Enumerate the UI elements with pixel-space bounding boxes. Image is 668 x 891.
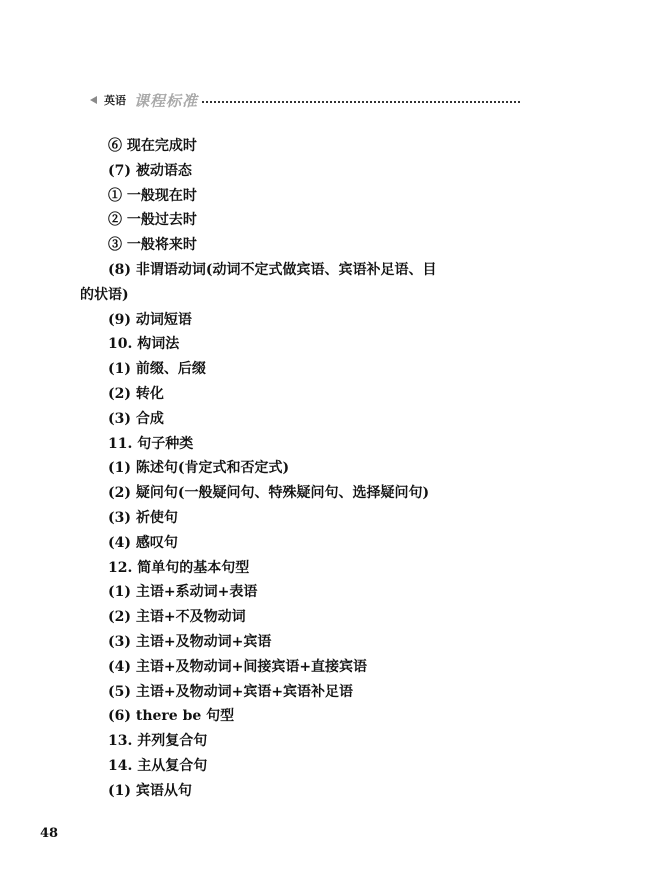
text-line: (4) 感叹句 — [80, 531, 500, 556]
text-line: ⑥ 现在完成时 — [80, 134, 500, 159]
text-line: (7) 被动语态 — [80, 159, 500, 184]
text-line: 13. 并列复合句 — [80, 729, 500, 754]
text-line: ② 一般过去时 — [80, 208, 500, 233]
text-line: 11. 句子种类 — [80, 432, 500, 457]
triangle-left-icon — [90, 96, 97, 104]
text-line: (1) 前缀、后缀 — [80, 357, 500, 382]
text-line: (5) 主语+及物动词+宾语+宾语补足语 — [80, 680, 500, 705]
text-line: (3) 合成 — [80, 407, 500, 432]
text-line: (2) 主语+不及物动词 — [80, 605, 500, 630]
header-dotted-rule — [202, 101, 520, 103]
text-line: 12. 简单句的基本句型 — [80, 556, 500, 581]
text-line: (9) 动词短语 — [80, 308, 500, 333]
text-line: ③ 一般将来时 — [80, 233, 500, 258]
text-line: 10. 构词法 — [80, 332, 500, 357]
header-title: 课程标准 — [134, 90, 198, 111]
text-line: (4) 主语+及物动词+间接宾语+直接宾语 — [80, 655, 500, 680]
page-body: ⑥ 现在完成时(7) 被动语态① 一般现在时② 一般过去时③ 一般将来时(8) … — [80, 134, 500, 804]
text-line: (2) 疑问句(一般疑问句、特殊疑问句、选择疑问句) — [80, 481, 500, 506]
text-line: 的状语) — [80, 283, 500, 308]
text-line: (1) 主语+系动词+表语 — [80, 580, 500, 605]
page-number: 48 — [40, 826, 58, 841]
text-line: 14. 主从复合句 — [80, 754, 500, 779]
text-line: (1) 宾语从句 — [80, 779, 500, 804]
text-line: (1) 陈述句(肯定式和否定式) — [80, 456, 500, 481]
text-line: (2) 转化 — [80, 382, 500, 407]
text-line: (3) 主语+及物动词+宾语 — [80, 630, 500, 655]
text-line: (6) there be 句型 — [80, 704, 500, 729]
text-line: (8) 非谓语动词(动词不定式做宾语、宾语补足语、目 — [80, 258, 500, 283]
running-header: 英语 课程标准 — [90, 91, 520, 109]
text-line: (3) 祈使句 — [80, 506, 500, 531]
header-subject: 英语 — [104, 92, 126, 108]
text-line: ① 一般现在时 — [80, 184, 500, 209]
